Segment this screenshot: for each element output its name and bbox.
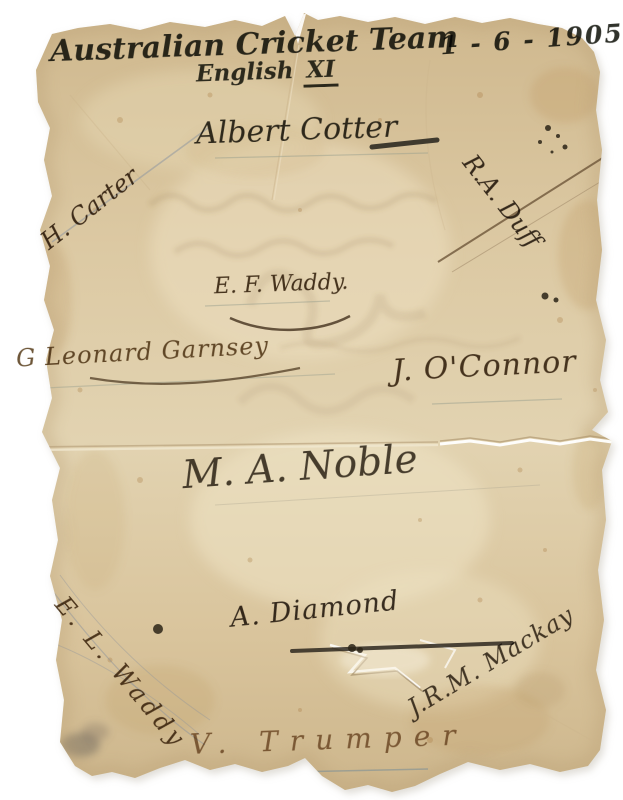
subtitle-word: English: [196, 57, 294, 87]
scanned-autograph-page: Australian Cricket Team 1 - 6 - 1905 Eng…: [0, 0, 623, 800]
page-subtitle: EnglishXI: [196, 58, 339, 86]
signature-albert-cotter: Albert Cotter: [196, 112, 398, 149]
signature-ef-waddy: E. F. Waddy.: [214, 272, 349, 299]
subtitle-numeral-underlined: XI: [303, 56, 339, 88]
